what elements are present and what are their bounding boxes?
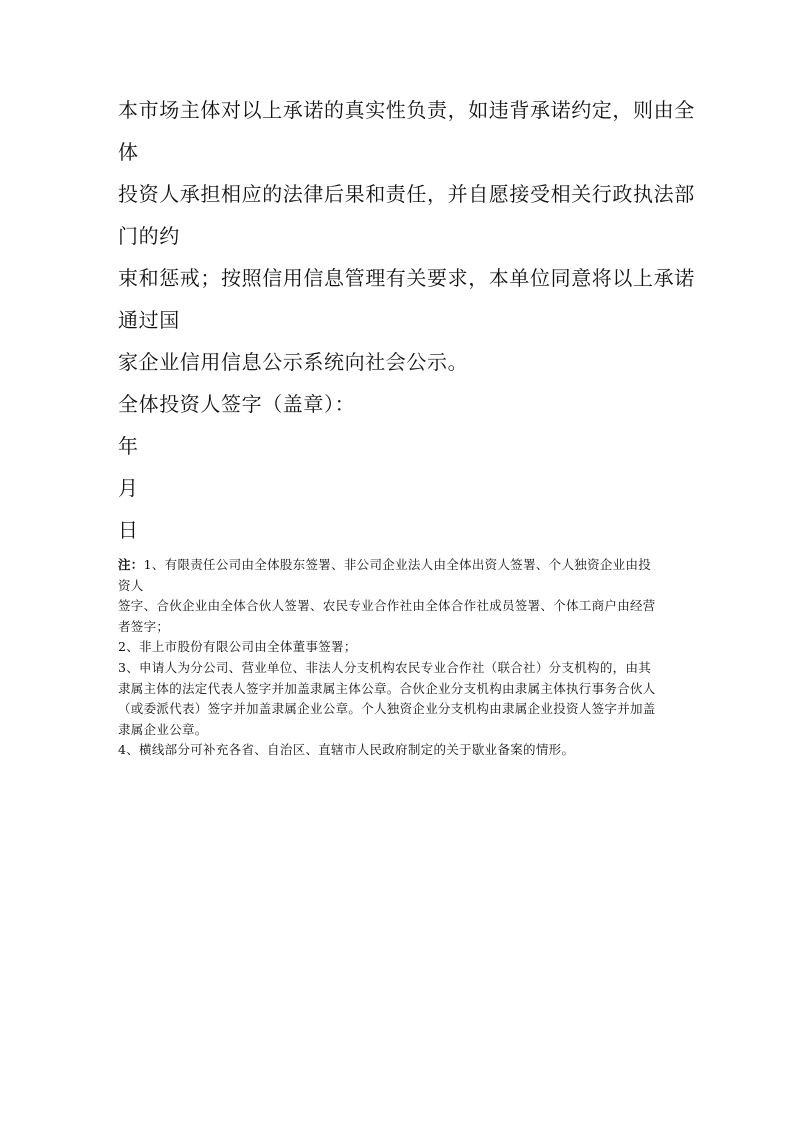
note-2: 2、非上市股份有限公司由全体董事签署； [118, 640, 688, 654]
commitment-text: 本市场主体对以上承诺的真实性负责，如违背承诺约定，则由全 体 投资人承担相应的法… [118, 100, 688, 562]
notes-label: 注： [118, 557, 144, 572]
note-line: 隶属主体的法定代表人签字并加盖隶属主体公章。合伙企业分支机构由隶属主体执行事务合… [118, 682, 688, 696]
note-1-text: 1、有限责任公司由全体股东签署、非公司企业法人由全体出资人签署、个人独资企业由投 [144, 557, 651, 572]
commitment-line-2: 体 [118, 142, 688, 162]
commitment-line-4: 门的约 [118, 226, 688, 246]
commitment-line-3: 投资人承担相应的法律后果和责任，并自愿接受相关行政执法部 [118, 184, 688, 204]
date-day-label: 日 [118, 520, 688, 540]
date-year-label: 年 [118, 436, 688, 456]
note-line: （或委派代表）签字并加盖隶属企业公章。个人独资企业分支机构由隶属企业投资人签字并… [118, 702, 688, 716]
note-line: 资人 [118, 579, 688, 593]
commitment-line-1: 本市场主体对以上承诺的真实性负责，如违背承诺约定，则由全 [118, 100, 688, 120]
note-line: 隶属企业公章。 [118, 723, 688, 737]
note-3: 3、申请人为分公司、营业单位、非法人分支机构农民专业合作社（联合社）分支机构的，… [118, 661, 688, 675]
note-line-1: 注：1、有限责任公司由全体股东签署、非公司企业法人由全体出资人签署、个人独资企业… [118, 558, 688, 572]
commitment-line-5: 束和惩戒；按照信用信息管理有关要求，本单位同意将以上承诺 [118, 268, 688, 288]
date-month-label: 月 [118, 478, 688, 498]
note-4: 4、横线部分可补充各省、自治区、直辖市人民政府制定的关于歇业备案的情形。 [118, 743, 688, 757]
note-line: 者签字； [118, 620, 688, 634]
document-page: 本市场主体对以上承诺的真实性负责，如违背承诺约定，则由全 体 投资人承担相应的法… [0, 0, 793, 1122]
commitment-line-6: 通过国 [118, 310, 688, 330]
signature-label: 全体投资人签字（盖章）： [118, 394, 688, 414]
note-line: 签字、合伙企业由全体合伙人签署、农民专业合作社由全体合作社成员签署、个体工商户由… [118, 599, 688, 613]
commitment-line-7: 家企业信用信息公示系统向社会公示。 [118, 352, 688, 372]
notes-section: 注：1、有限责任公司由全体股东签署、非公司企业法人由全体出资人签署、个人独资企业… [118, 558, 688, 764]
